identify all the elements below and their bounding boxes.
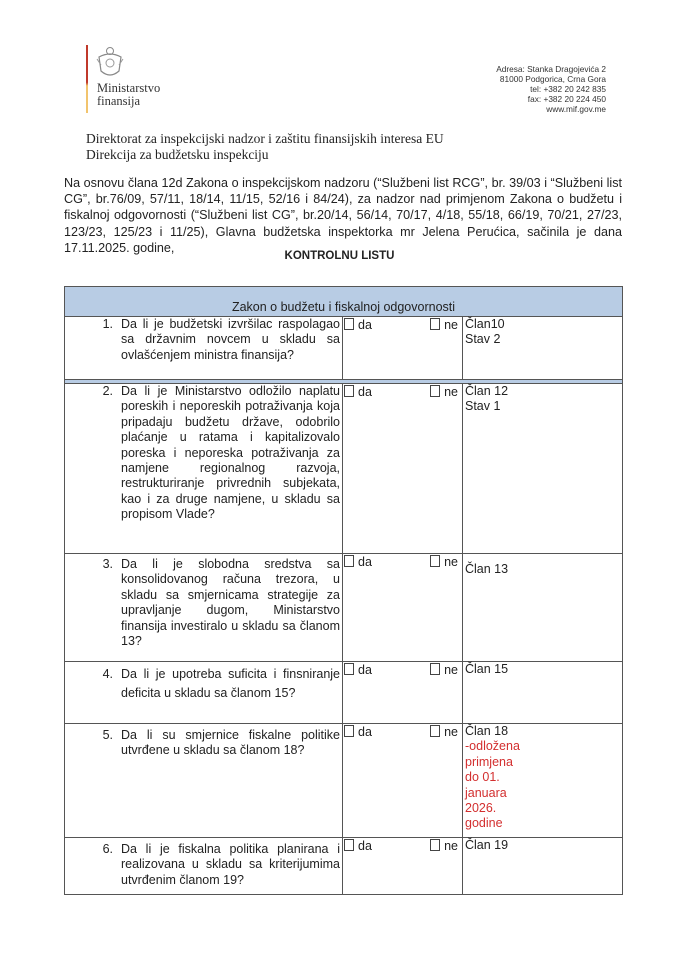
checkbox-icon[interactable]	[430, 385, 440, 397]
note-line: do 01.	[465, 770, 622, 785]
answer-cell: da ne	[343, 662, 463, 724]
article-ref: Član 19	[465, 838, 622, 853]
checkbox-label: ne	[444, 839, 458, 853]
intro-paragraph: Na osnovu člana 12d Zakona o inspekcijsk…	[64, 175, 622, 256]
checkbox-da[interactable]: da	[344, 555, 372, 570]
table-row: 6.Da li je fiskalna politika planirana i…	[65, 838, 623, 895]
question-cell: 2.Da li je Ministarstvo odložilo naplatu…	[65, 384, 343, 554]
article-cell: Član 15	[463, 662, 623, 724]
article-ref: Član 12	[465, 384, 622, 399]
address-fax: fax: +382 20 224 450	[496, 94, 606, 104]
answer-cell: da ne	[343, 724, 463, 838]
answer-cell: da ne	[343, 554, 463, 662]
article-cell: Član 18 -odložena primjena do 01. januar…	[463, 724, 623, 838]
checkbox-label: ne	[444, 318, 458, 332]
checkbox-icon[interactable]	[344, 725, 354, 737]
question-text: Da li je upotreba suficita i finsniranje…	[121, 665, 340, 703]
article-cell: Član 13	[463, 554, 623, 662]
table-row: 1.Da li je budžetski izvršilac raspolaga…	[65, 317, 623, 380]
checkbox-label: da	[358, 385, 372, 399]
address-phone: tel: +382 20 242 835	[496, 84, 606, 94]
question-number: 5.	[65, 728, 121, 759]
ministry-logo-text: Ministarstvo finansija	[97, 82, 160, 108]
question-number: 2.	[65, 384, 121, 523]
logo-line-2: finansija	[97, 95, 160, 108]
paragraph-ref: Stav 1	[465, 399, 622, 414]
checkbox-ne[interactable]: ne	[430, 839, 458, 854]
checkbox-da[interactable]: da	[344, 839, 372, 854]
table-row: 5.Da li su smjernice fiskalne politike u…	[65, 724, 623, 838]
note-line: 2026.	[465, 801, 622, 816]
article-cell: Član10Stav 2	[463, 317, 623, 380]
article-cell: Član 12Stav 1	[463, 384, 623, 554]
department-heading: Direktorat za inspekcijski nadzor i zašt…	[86, 131, 444, 163]
question-text: Da li je Ministarstvo odložilo naplatu p…	[121, 384, 340, 523]
note-line: -odložena	[465, 739, 622, 754]
checkbox-icon[interactable]	[344, 385, 354, 397]
checkbox-icon[interactable]	[344, 663, 354, 675]
checkbox-icon[interactable]	[344, 318, 354, 330]
note-line: primjena	[465, 755, 622, 770]
table-row: 3.Da li je slobodna sredstva sa konsolid…	[65, 554, 623, 662]
checkbox-ne[interactable]: ne	[430, 318, 458, 333]
question-cell: 3.Da li je slobodna sredstva sa konsolid…	[65, 554, 343, 662]
section-header-row: Zakon o budžetu i fiskalnoj odgovornosti	[65, 287, 623, 317]
question-text: Da li je fiskalna politika planirana i r…	[121, 842, 340, 888]
directorate-name: Direktorat za inspekcijski nadzor i zašt…	[86, 131, 444, 147]
checkbox-icon[interactable]	[430, 318, 440, 330]
address-block: Adresa: Stanka Dragojevića 2 81000 Podgo…	[496, 64, 606, 114]
coat-of-arms-icon	[95, 45, 125, 81]
section-title: Zakon o budžetu i fiskalnoj odgovornosti	[65, 287, 623, 317]
question-cell: 1.Da li je budžetski izvršilac raspolaga…	[65, 317, 343, 380]
checkbox-icon[interactable]	[344, 839, 354, 851]
document-title: KONTROLNU LISTU	[0, 250, 679, 262]
checklist-table: Zakon o budžetu i fiskalnoj odgovornosti…	[64, 286, 623, 895]
checkbox-da[interactable]: da	[344, 385, 372, 400]
table-row: 2.Da li je Ministarstvo odložilo naplatu…	[65, 384, 623, 554]
question-text: Da li je budžetski izvršilac raspolagao …	[121, 317, 340, 363]
article-ref: Član 18	[465, 724, 622, 739]
address-website: www.mif.gov.me	[496, 104, 606, 114]
question-cell: 6.Da li je fiskalna politika planirana i…	[65, 838, 343, 895]
note-line: godine	[465, 816, 622, 831]
checkbox-label: da	[358, 663, 372, 677]
checkbox-label: da	[358, 839, 372, 853]
article-ref: Član10	[465, 317, 622, 332]
article-cell: Član 19	[463, 838, 623, 895]
checkbox-label: da	[358, 555, 372, 569]
question-number: 6.	[65, 842, 121, 888]
question-number: 3.	[65, 557, 121, 649]
address-street: Adresa: Stanka Dragojevića 2	[496, 64, 606, 74]
paragraph-ref: Stav 2	[465, 332, 622, 347]
checkbox-label: ne	[444, 725, 458, 739]
checkbox-ne[interactable]: ne	[430, 555, 458, 570]
checkbox-ne[interactable]: ne	[430, 663, 458, 678]
note-line: januara	[465, 786, 622, 801]
checkbox-icon[interactable]	[430, 839, 440, 851]
answer-cell: da ne	[343, 838, 463, 895]
article-ref: Član 13	[465, 554, 622, 577]
question-cell: 5.Da li su smjernice fiskalne politike u…	[65, 724, 343, 838]
checkbox-da[interactable]: da	[344, 318, 372, 333]
checkbox-label: ne	[444, 663, 458, 677]
checkbox-label: ne	[444, 555, 458, 569]
checkbox-ne[interactable]: ne	[430, 385, 458, 400]
checkbox-icon[interactable]	[344, 555, 354, 567]
article-ref: Član 15	[465, 662, 622, 677]
logo-accent-bar	[86, 45, 88, 113]
address-city: 81000 Podgorica, Crna Gora	[496, 74, 606, 84]
checkbox-da[interactable]: da	[344, 663, 372, 678]
table-row: 4.Da li je upotreba suficita i finsniran…	[65, 662, 623, 724]
deferred-application-note: -odložena primjena do 01. januara 2026. …	[465, 739, 622, 831]
checkbox-da[interactable]: da	[344, 725, 372, 740]
checkbox-ne[interactable]: ne	[430, 725, 458, 740]
checkbox-icon[interactable]	[430, 725, 440, 737]
checkbox-label: da	[358, 318, 372, 332]
checkbox-label: ne	[444, 385, 458, 399]
question-cell: 4.Da li je upotreba suficita i finsniran…	[65, 662, 343, 724]
directorate-unit: Direkcija za budžetsku inspekciju	[86, 147, 444, 163]
question-text: Da li su smjernice fiskalne politike utv…	[121, 728, 340, 759]
answer-cell: da ne	[343, 384, 463, 554]
question-number: 4.	[65, 665, 121, 703]
question-number: 1.	[65, 317, 121, 363]
answer-cell: da ne	[343, 317, 463, 380]
checkbox-icon[interactable]	[430, 663, 440, 675]
question-text: Da li je slobodna sredstva sa konsolidov…	[121, 557, 340, 649]
checkbox-icon[interactable]	[430, 555, 440, 567]
checkbox-label: da	[358, 725, 372, 739]
